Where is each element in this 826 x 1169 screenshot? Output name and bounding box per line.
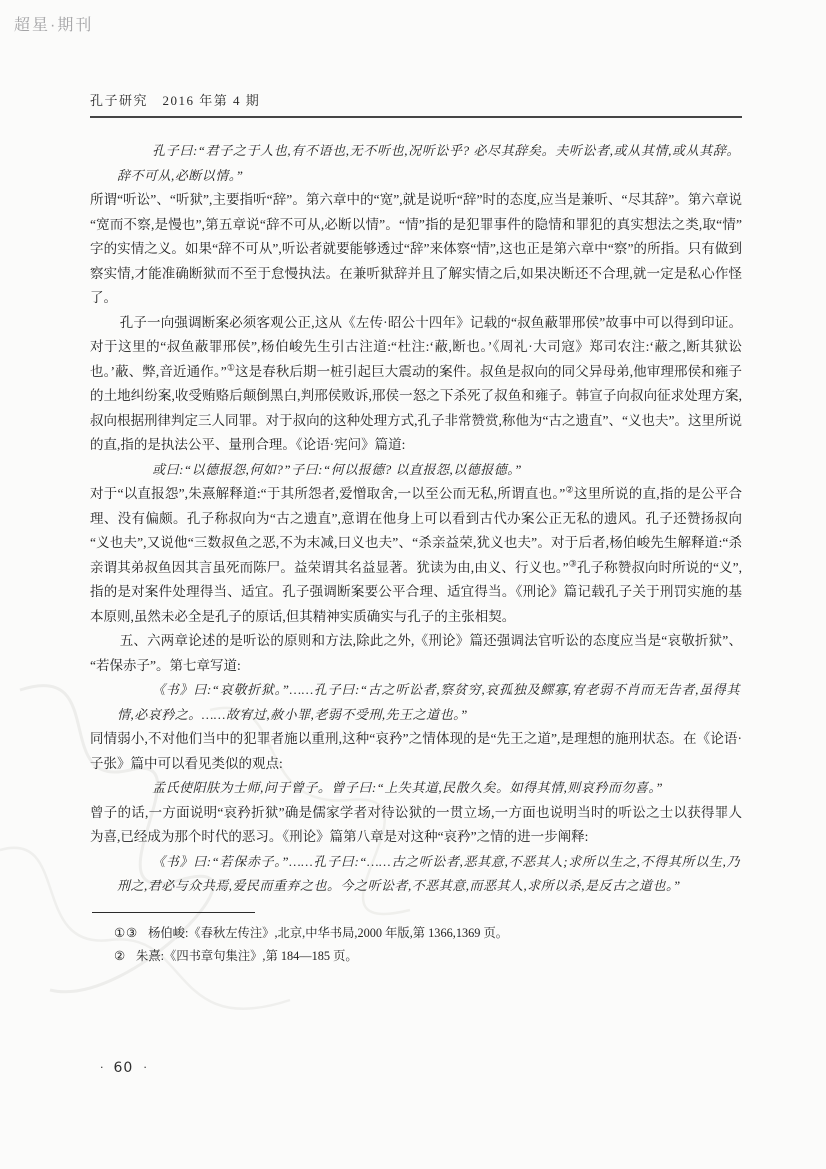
page-number-value: 60 [114,1060,134,1076]
paragraph: 对于“以直报怨”,朱熹解释道:“于其所怨者,爱憎取舍,一以至公而无私,所谓直也。… [90,482,742,629]
footnote-ref: ② [565,485,574,495]
footnote-marker: ② [114,949,126,963]
footnote-marker: ①③ [114,926,138,940]
footnotes: ①③杨伯峻:《春秋左传注》,北京,中华书局,2000 年版,第 1366,136… [90,922,742,968]
page-number: ·60· [100,1060,147,1076]
block-quote: 《书》曰:“哀敬折狱。”……孔子曰:“古之听讼者,察贫穷,哀孤独及鳏寡,宥老弱不… [117,678,740,727]
document-page: 超星·期刊 孔子研究 2016 年第 4 期 孔子曰:“君子之于人也,有不语也,… [0,0,826,1169]
journal-header: 孔子研究 2016 年第 4 期 [90,90,742,109]
paragraph: 所谓“听讼”、“听狱”,主要指听“辞”。第六章中的“宽”,就是说听“辞”时的态度… [90,188,742,311]
page-number-right-dot: · [143,1061,147,1074]
block-quote: 《书》曰:“若保赤子。”……孔子曰:“……古之听讼者,恶其意,不恶其人;求所以生… [117,850,740,899]
brand-watermark-label: 超星·期刊 [14,12,93,35]
paragraph: 曾子的话,一方面说明“哀矜折狱”确是儒家学者对待讼狱的一贯立场,一方面也说明当时… [90,801,742,850]
block-quote: 或曰:“以德报怨,何如?”子曰:“何以报德? 以直报怨,以德报德。” [117,458,740,483]
footnote-item: ①③杨伯峻:《春秋左传注》,北京,中华书局,2000 年版,第 1366,136… [114,922,742,945]
footnote-item: ②朱熹:《四书章句集注》,第 184—185 页。 [114,945,742,968]
article-body: 孔子曰:“君子之于人也,有不语也,无不听也,况听讼乎? 必尽其辞矣。夫听讼者,或… [90,139,742,899]
page-content: 孔子研究 2016 年第 4 期 孔子曰:“君子之于人也,有不语也,无不听也,况… [90,90,742,968]
paragraph: 同情弱小,不对他们当中的犯罪者施以重刑,这种“哀矜”之情体现的是“先王之道”,是… [90,727,742,776]
paragraph: 孔子一向强调断案必须客观公正,这从《左传·昭公十四年》记载的“叔鱼蔽罪邢侯”故事… [90,311,742,458]
footnote-ref: ① [227,362,235,372]
header-rule [90,116,742,118]
block-quote: 孟氏使阳肤为士师,问于曾子。曾子曰:“上失其道,民散久矣。如得其情,则哀矜而勿喜… [117,776,740,801]
block-quote: 孔子曰:“君子之于人也,有不语也,无不听也,况听讼乎? 必尽其辞矣。夫听讼者,或… [117,139,740,188]
footnote-ref: ③ [569,558,577,568]
footnote-text: 杨伯峻:《春秋左传注》,北京,中华书局,2000 年版,第 1366,1369 … [148,926,508,940]
page-number-left-dot: · [100,1061,104,1074]
footnote-separator [92,912,255,913]
footnote-text: 朱熹:《四书章句集注》,第 184—185 页。 [136,949,358,963]
paragraph: 五、六两章论述的是听讼的原则和方法,除此之外,《刑论》篇还强调法官听讼的态度应当… [90,629,742,678]
